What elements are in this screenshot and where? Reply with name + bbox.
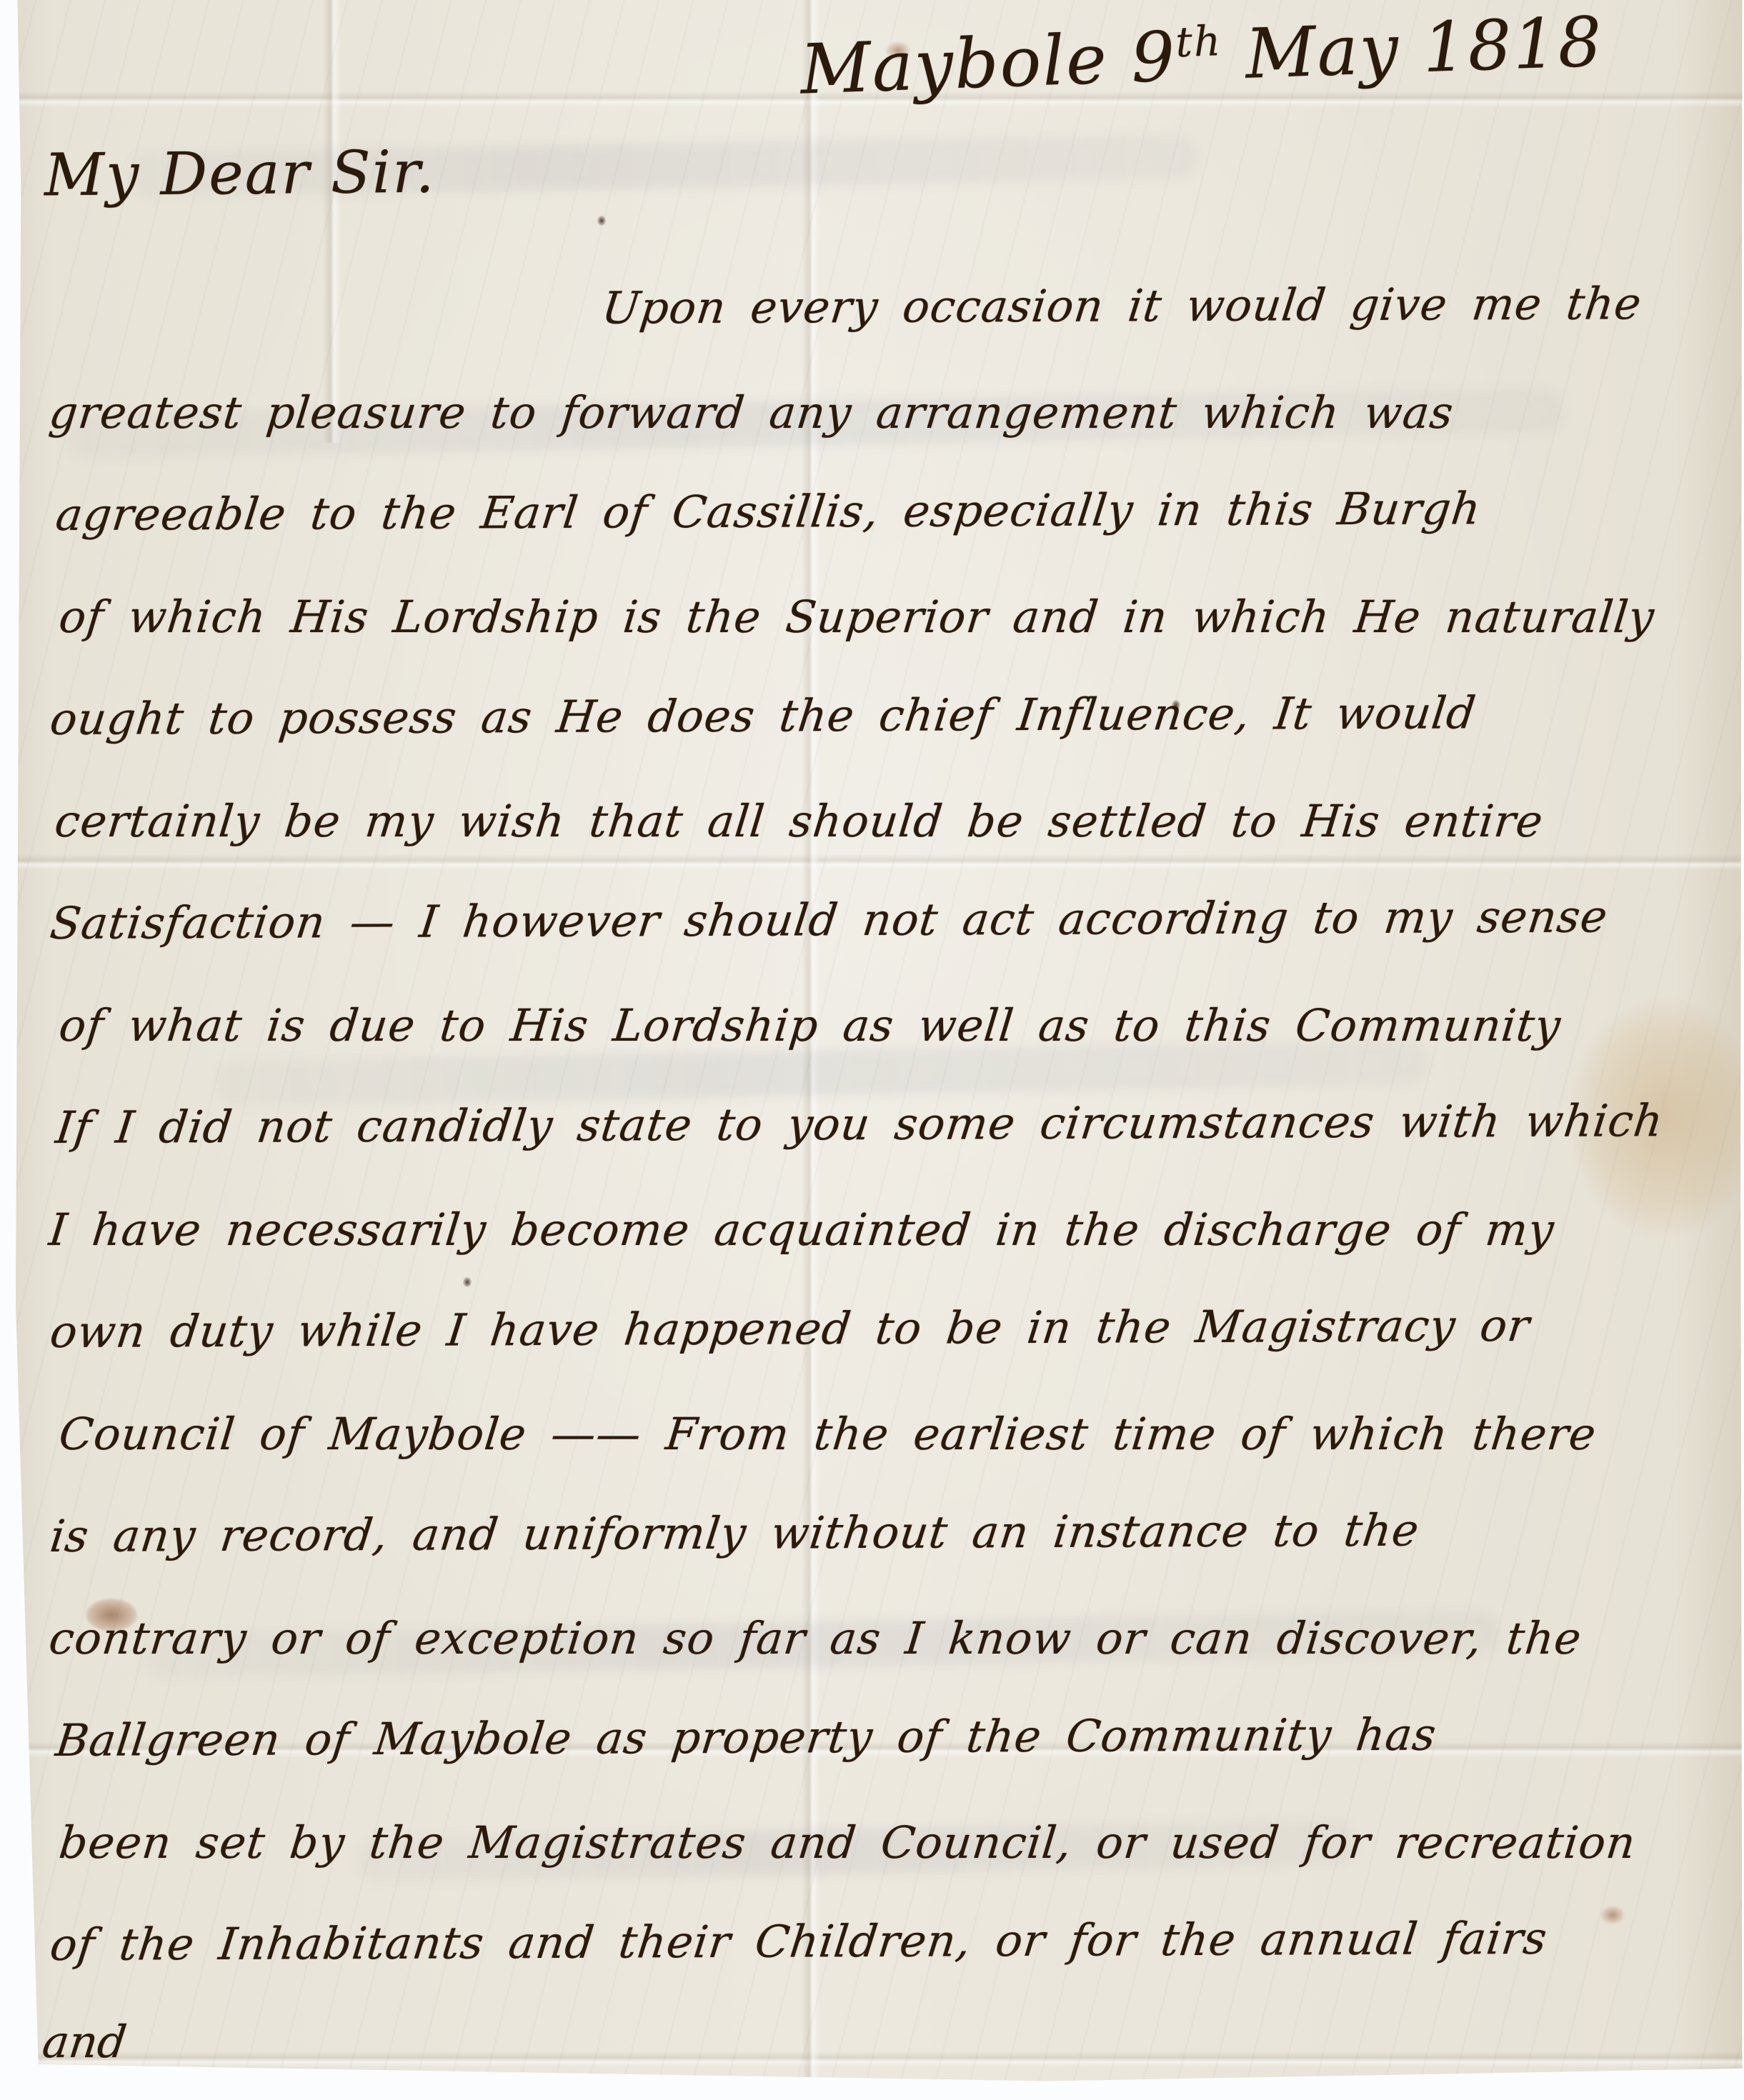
letter-line: Ballgreen of Maybole as property of the … (47, 1707, 1700, 1816)
letter-line: of what is due to His Lordship as well a… (51, 999, 1698, 1101)
letter-line: of which His Lordship is the Superior an… (51, 591, 1698, 693)
letter-line: Council of Maybole —— From the earliest … (51, 1408, 1698, 1510)
letter-line: certainly be my wish that all should be … (47, 795, 1698, 897)
letter-line: ought to possess as He does the chief In… (41, 686, 1700, 795)
letter-line: If I did not candidly state to you some … (47, 1094, 1700, 1204)
letter-line: Upon every occasion it would give me the (41, 277, 1700, 386)
dateline-place: Maybole (799, 19, 1109, 110)
letter-line: contrary or of exception so far as I kno… (41, 1612, 1698, 1714)
dateline-month-year: May 1818 (1244, 1, 1604, 94)
salutation: My Dear Sir. (44, 139, 436, 210)
letter-line: is any record, and uniformly without an … (41, 1503, 1700, 1612)
letter-line: Satisfaction — I however should not act … (41, 890, 1700, 999)
dateline-day-suffix: th (1175, 16, 1222, 66)
catchword: and (40, 2016, 130, 2068)
ink-speck (597, 216, 606, 226)
letter-line: been set by the Magistrates and Council,… (51, 1816, 1698, 1919)
letter-body: Upon every occasion it would give me the… (41, 284, 1687, 2021)
fold-crease-horizontal (0, 2051, 1744, 2067)
letter-line: I have necessarily become acquainted in … (41, 1204, 1698, 1306)
letter-line: greatest pleasure to forward any arrange… (41, 386, 1698, 489)
letter-line: of the Inhabitants and their Children, o… (41, 1911, 1700, 2021)
letter-paper: Maybole 9th May 1818 My Dear Sir. Upon e… (0, 0, 1744, 2100)
dateline-day: 9 (1130, 16, 1177, 98)
letter-line: agreeable to the Earl of Cassillis, espe… (47, 481, 1700, 591)
letter-line: own duty while I have happened to be in … (41, 1299, 1700, 1408)
